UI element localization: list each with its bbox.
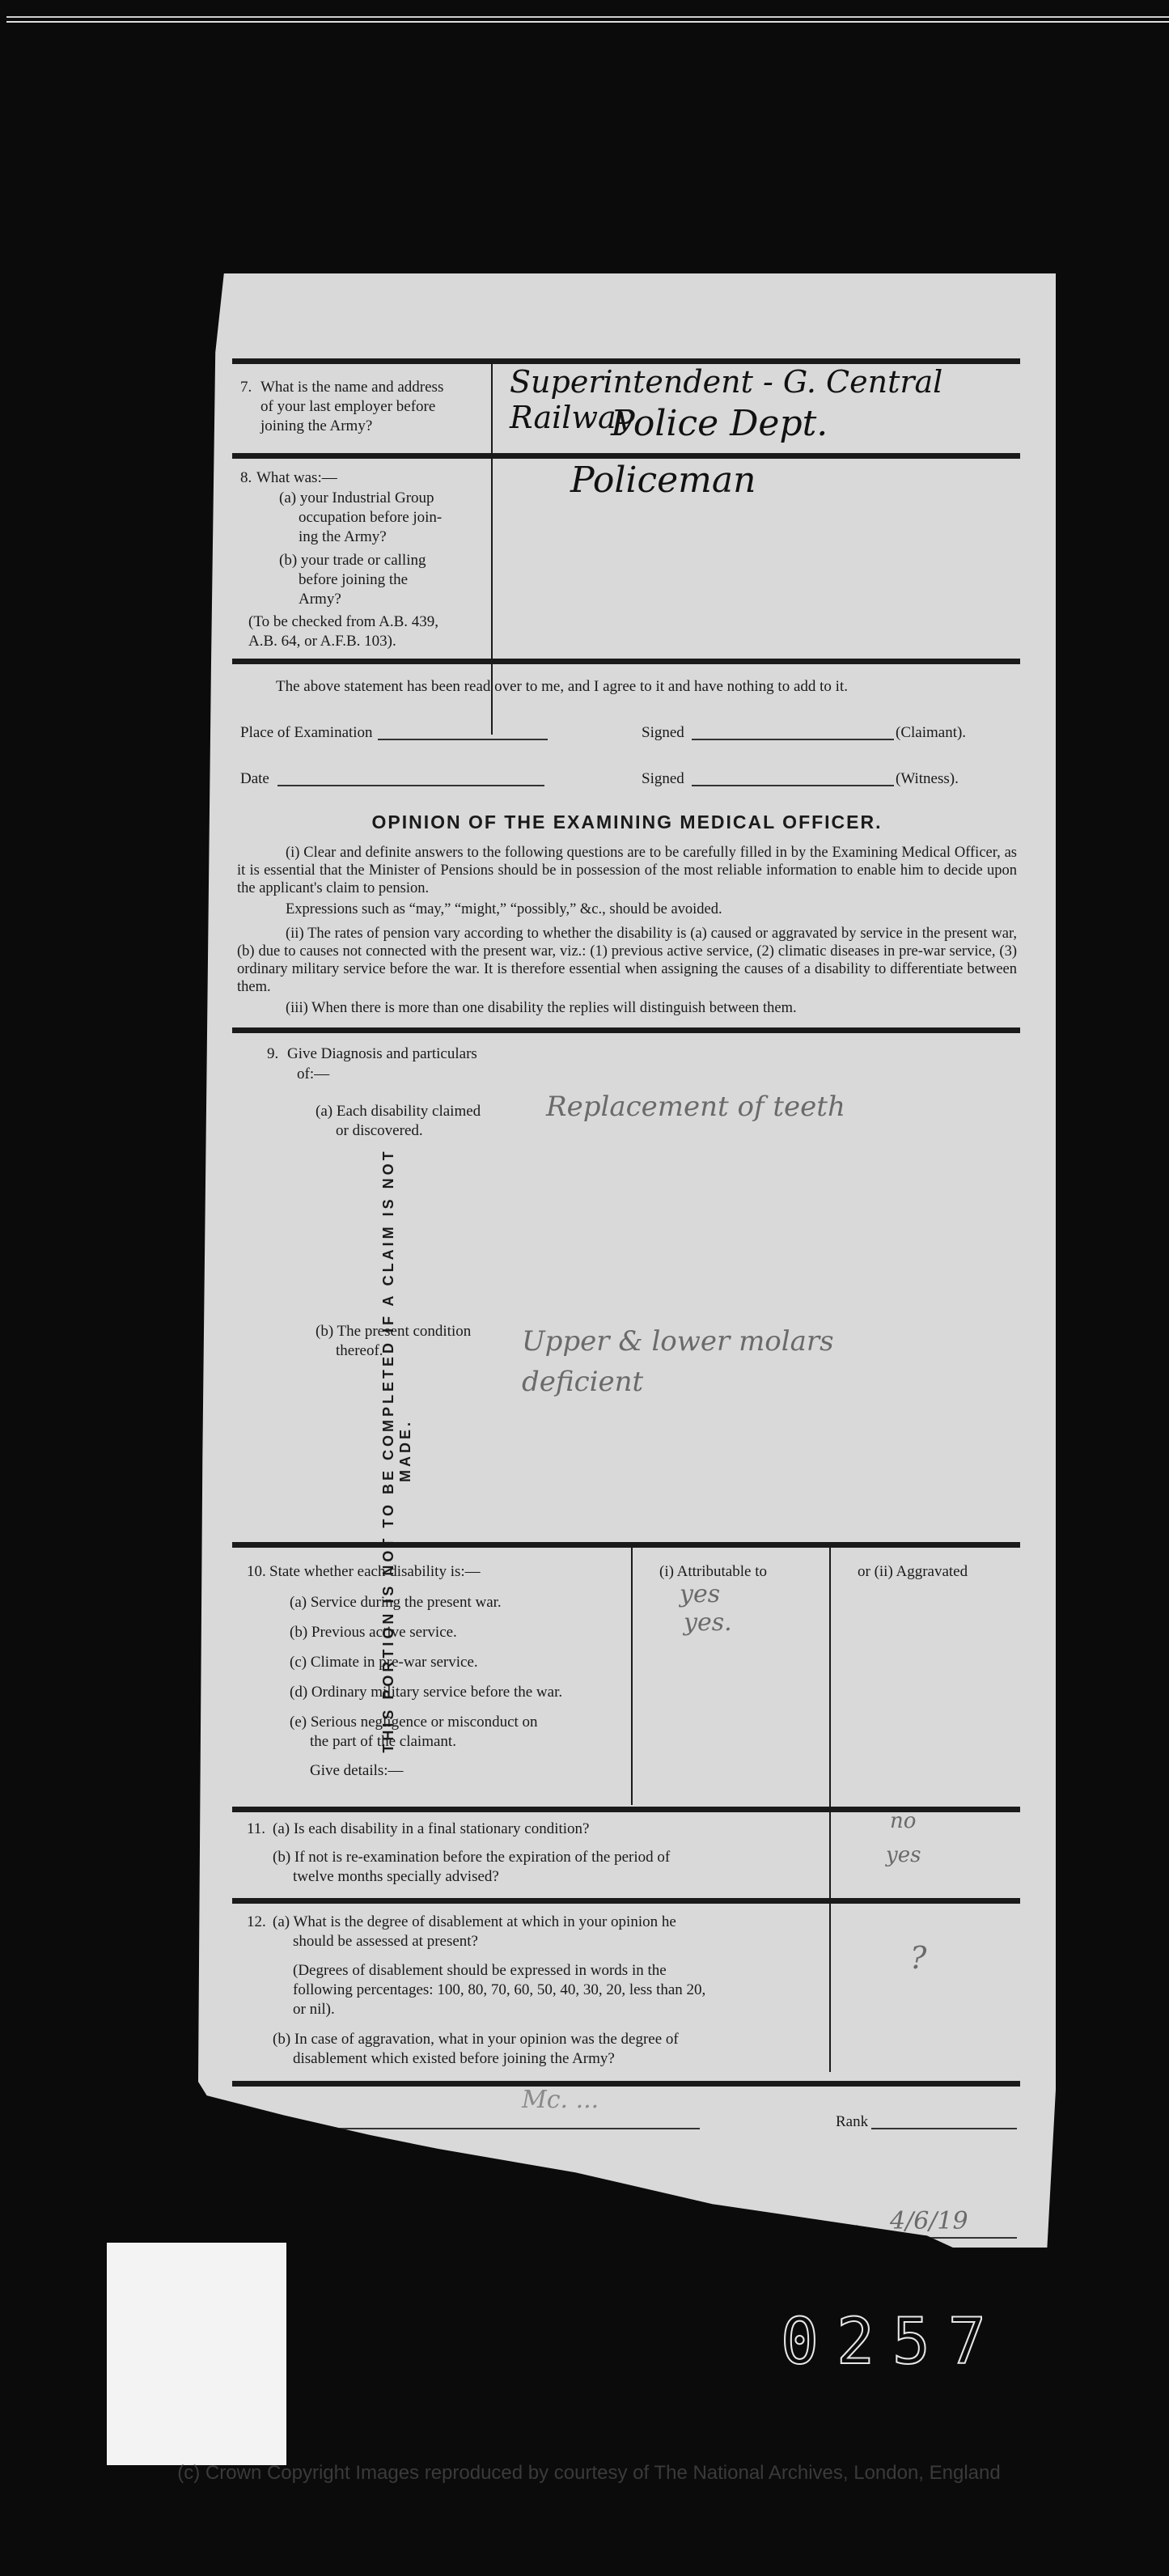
q9-number: 9. xyxy=(267,1044,278,1064)
divider xyxy=(232,358,1020,364)
q9-a-answer-disability: Replacement of teeth xyxy=(546,1091,845,1123)
q10-item: (d) Ordinary military service before the… xyxy=(290,1682,562,1702)
q8-b-line: before joining the xyxy=(299,570,408,590)
place-of-examination-field[interactable] xyxy=(378,739,548,740)
q10-col-attributable: (i) Attributable to xyxy=(659,1561,767,1582)
q11-answer-b: yes xyxy=(886,1843,921,1867)
instruction-iii: (iii) When there is more than one disabi… xyxy=(237,999,1017,1017)
divider xyxy=(232,2081,1020,2087)
frame-number: 0257 xyxy=(781,2306,1004,2379)
q9-b-answer-condition: Upper & lower molars xyxy=(522,1325,834,1358)
q8-note-line: (To be checked from A.B. 439, xyxy=(248,612,438,632)
q8-a-line: occupation before join- xyxy=(299,507,442,527)
q7-answer-dept: Police Dept. xyxy=(611,403,828,444)
q11-b-line: twelve months specially advised? xyxy=(293,1866,499,1887)
q11-answer-a: no xyxy=(890,1809,916,1833)
instruction-expressions: Expressions such as “may,” “might,” “pos… xyxy=(237,900,1017,918)
q9-b-answer-condition: deficient xyxy=(522,1366,643,1398)
rank-field[interactable] xyxy=(871,2128,1017,2129)
q8-intro: What was:— xyxy=(256,468,337,488)
q12-note-line: or nil). xyxy=(293,1999,335,2019)
officer-signature: Mc. ... xyxy=(522,2086,599,2114)
signed-label: Signed xyxy=(642,769,684,789)
q12-b-line: disablement which existed before joining… xyxy=(293,2049,615,2069)
instruction-ii: (ii) The rates of pension vary according… xyxy=(237,925,1017,996)
claimant-signature-field[interactable] xyxy=(692,739,894,740)
q8-answer-occupation: Policeman xyxy=(570,460,756,501)
signature-date-value: 4/6/19 xyxy=(890,2207,968,2235)
q8-b-line: (b) your trade or calling xyxy=(279,550,426,570)
q12-note-line: following percentages: 100, 80, 70, 60, … xyxy=(293,1980,705,2000)
divider xyxy=(232,659,1020,664)
q12-a-line: should be assessed at present? xyxy=(293,1931,478,1951)
q11-a: (a) Is each disability in a final statio… xyxy=(273,1819,590,1839)
witness-signature-field[interactable] xyxy=(692,785,894,786)
film-marker-card xyxy=(107,2243,286,2465)
q8-a-line: ing the Army? xyxy=(299,527,387,547)
q12-a-line: (a) What is the degree of disablement at… xyxy=(273,1912,676,1932)
witness-label: (Witness). xyxy=(896,769,959,789)
q12-number: 12. xyxy=(247,1912,266,1932)
q7-question-line: of your last employer before xyxy=(260,396,435,417)
date-label: Date xyxy=(240,769,269,789)
q10-intro: State whether each disability is:— xyxy=(269,1561,481,1582)
scan-line xyxy=(6,21,1169,23)
instruction-i: (i) Clear and definite answers to the fo… xyxy=(237,844,1017,897)
q11-b-line: (b) If not is re-examination before the … xyxy=(273,1847,670,1867)
claimant-label: (Claimant). xyxy=(896,722,966,743)
q10-col-aggravated: or (ii) Aggravated xyxy=(858,1561,968,1582)
q10-item: the part of the claimant. xyxy=(310,1731,456,1752)
q10-answer-attributable: yes xyxy=(680,1580,720,1608)
q9-a-line: or discovered. xyxy=(336,1121,423,1141)
officer-signature-field[interactable] xyxy=(307,2128,700,2129)
rank-label: Rank xyxy=(836,2112,868,2132)
side-note-vertical: THIS PORTION IS NOT TO BE COMPLETED IF A… xyxy=(380,1127,404,1774)
q10-item: (e) Serious negligence or misconduct on xyxy=(290,1712,538,1732)
q9-b-line: (b) The present condition xyxy=(316,1321,471,1341)
q10-number: 10. xyxy=(247,1561,266,1582)
place-of-examination-label: Place of Examination xyxy=(240,722,373,743)
q9-a-line: (a) Each disability claimed xyxy=(316,1101,481,1121)
q8-number: 8. xyxy=(240,468,252,488)
q8-b-line: Army? xyxy=(299,589,341,609)
q12-answer: ? xyxy=(910,1940,926,1976)
signed-label: Signed xyxy=(642,722,684,743)
divider xyxy=(232,1027,1020,1033)
q7-question-line: What is the name and address xyxy=(260,377,443,397)
q12-note-line: (Degrees of disablement should be expres… xyxy=(293,1960,667,1981)
q8-a-line: (a) your Industrial Group xyxy=(279,488,434,508)
section-heading: OPINION OF THE EXAMINING MEDICAL OFFICER… xyxy=(198,811,1056,833)
signature-date-field[interactable] xyxy=(887,2237,1017,2239)
q9-intro: of:— xyxy=(297,1064,329,1084)
q7-number: 7. xyxy=(240,377,252,397)
divider xyxy=(232,1898,1020,1904)
q8-note-line: A.B. 64, or A.F.B. 103). xyxy=(248,631,396,651)
q10-answer-attributable: yes. xyxy=(684,1608,732,1637)
statement-text: The above statement has been read over t… xyxy=(276,676,848,697)
q9-intro: Give Diagnosis and particulars xyxy=(287,1044,477,1064)
q9-b-line: thereof. xyxy=(336,1341,383,1361)
statement-date-field[interactable] xyxy=(277,785,544,786)
divider xyxy=(232,1542,1020,1548)
q10-item: (c) Climate in pre-war service. xyxy=(290,1652,478,1672)
q10-item: (b) Previous active service. xyxy=(290,1622,457,1642)
q11-number: 11. xyxy=(247,1819,265,1839)
signature-date-label: Date xyxy=(837,2219,866,2239)
q7-question-line: joining the Army? xyxy=(260,416,372,436)
column-divider xyxy=(631,1546,633,1805)
divider xyxy=(232,453,1020,459)
q10-item: (a) Service during the present war. xyxy=(290,1592,502,1612)
q10-give-details: Give details:— xyxy=(310,1760,404,1781)
copyright-notice: (c) Crown Copyright Images reproduced by… xyxy=(87,2462,1091,2485)
q12-b-line: (b) In case of aggravation, what in your… xyxy=(273,2029,679,2049)
pension-form-page: 7. What is the name and address of your … xyxy=(198,273,1056,2248)
scan-line xyxy=(6,16,1169,18)
